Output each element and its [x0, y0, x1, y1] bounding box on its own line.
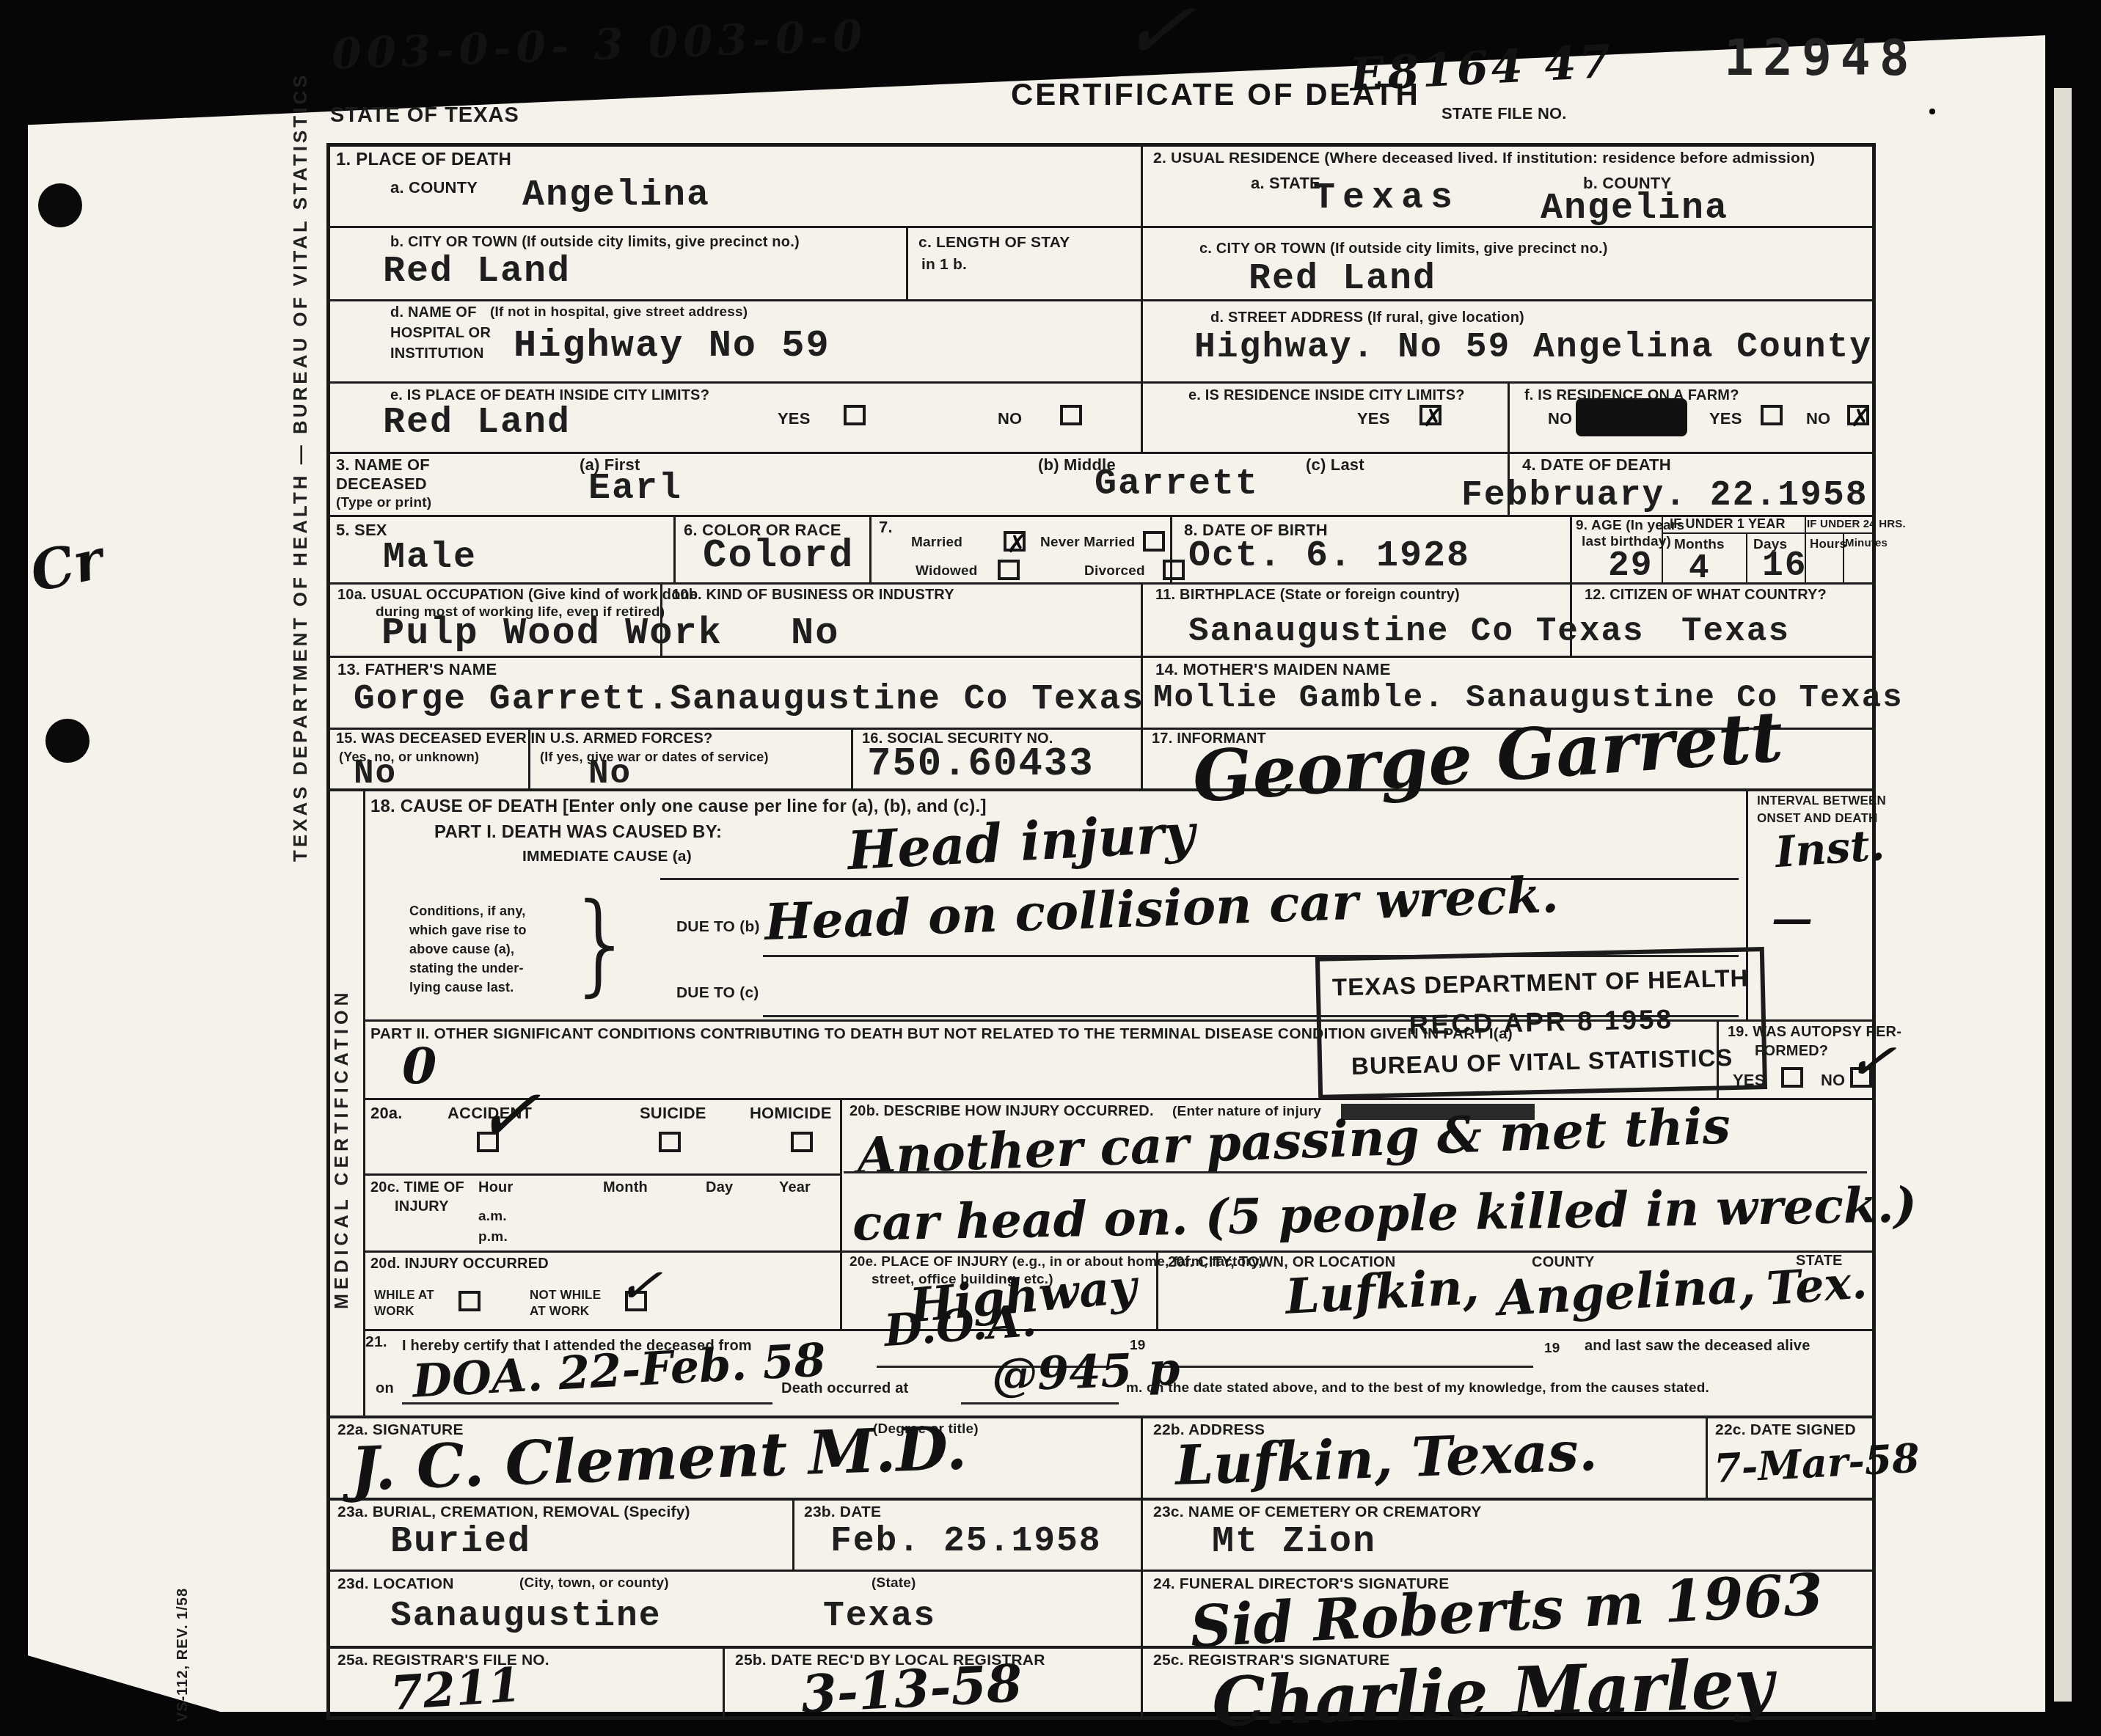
street-address-value: Highway. No 59 Angelina County — [1194, 330, 1872, 365]
birthplace-value: Sanaugustine Co Texas — [1188, 615, 1645, 648]
section1-title: 1. PLACE OF DEATH — [336, 150, 511, 170]
burial-label: 23a. BURIAL, CREMATION, REMOVAL (Specify… — [337, 1504, 690, 1522]
due-to-c-label: DUE TO (c) — [676, 984, 759, 1003]
accident-mark: ✓ — [472, 1074, 542, 1156]
residence-farm-label: f. IS RESIDENCE ON A FARM? — [1524, 387, 1739, 405]
burial-date-value: Feb. 25.1958 — [830, 1524, 1102, 1559]
city-of-death-label: b. CITY OR TOWN (If outside city limits,… — [390, 234, 800, 252]
certify-number: 21. — [365, 1333, 387, 1352]
divorced-label: Divorced — [1084, 563, 1145, 579]
while-at-work-label-a: WHILE AT — [374, 1288, 434, 1303]
pm-label: p.m. — [478, 1229, 508, 1245]
row-divider — [326, 299, 1876, 301]
hospital-label-c: INSTITUTION — [390, 345, 484, 363]
col-divider — [869, 515, 872, 582]
margin-scribble: Cr — [26, 532, 107, 601]
last-name-value: Garrett — [1095, 466, 1259, 503]
certify-text-3: m. on the date stated above, and to the … — [1126, 1380, 1709, 1396]
registrar-signature: Charlie Marley — [1211, 1649, 1775, 1736]
homicide-label: HOMICIDE — [750, 1104, 832, 1123]
row-divider — [326, 452, 1876, 454]
col-divider — [1141, 143, 1143, 452]
autopsy-no-mark: ✓ — [1844, 1030, 1899, 1093]
residence-limits-yes-checkbox: ✗ — [1419, 405, 1442, 425]
conditions-note-4: stating the under- — [409, 961, 524, 976]
date-signed-label: 22c. DATE SIGNED — [1715, 1421, 1856, 1440]
injury-underline — [844, 1171, 1867, 1173]
hospital-label-b: HOSPITAL OR — [390, 325, 491, 343]
name-title-b: DECEASED — [336, 475, 427, 494]
certify-blank-2 — [1163, 1366, 1533, 1368]
residence-farm-no-label: NO — [1806, 409, 1830, 428]
noise-speck — [1929, 109, 1935, 114]
residence-limits-yes-mark: ✗ — [1422, 408, 1439, 428]
margin-form-code: VS-112, REV. 1/58 — [175, 1517, 191, 1722]
hospital-label-paren: (If not in hospital, give street address… — [490, 304, 748, 321]
while-at-work-label-b: WORK — [374, 1304, 414, 1319]
armed-forces-label: 15. WAS DECEASED EVER IN U.S. ARMED FORC… — [336, 730, 713, 748]
armed-forces-sublabel-b: (If yes, give war or dates of service) — [540, 750, 769, 765]
cause-of-death-label: 18. CAUSE OF DEATH [Enter only one cause… — [370, 796, 987, 817]
injury-county-value: Angelina, — [1497, 1261, 1757, 1322]
hours-label: Hours — [1810, 537, 1846, 552]
burial-date-label: 23b. DATE — [804, 1504, 881, 1522]
while-at-work-checkbox — [458, 1291, 481, 1311]
residence-limits-label: e. IS RESIDENCE INSIDE CITY LIMITS? — [1188, 387, 1465, 405]
industry-value: No — [791, 615, 839, 653]
not-at-work-label-a: NOT WHILE — [530, 1288, 601, 1303]
certify-on-label: on — [376, 1380, 394, 1398]
row-divider — [363, 1173, 840, 1176]
divorced-checkbox — [1163, 560, 1185, 580]
minutes-label: Minutes — [1845, 537, 1888, 550]
col-divider — [851, 728, 853, 788]
date-signed-value: 7-Mar-58 — [1713, 1438, 1921, 1489]
mother-name-value: Mollie Gamble. Sanaugustine Co Texas — [1153, 682, 1904, 714]
birthplace-label: 11. BIRTHPLACE (State or foreign country… — [1155, 587, 1460, 604]
never-married-checkbox — [1143, 531, 1165, 552]
row-divider — [326, 1498, 1876, 1501]
burial-location-city-value: Sanaugustine — [390, 1599, 662, 1634]
armed-forces-value-b: No — [588, 757, 632, 791]
col-divider — [723, 1646, 725, 1720]
col-divider — [906, 226, 908, 299]
length-of-stay-sublabel: in 1 b. — [921, 256, 967, 274]
suicide-label: SUICIDE — [640, 1104, 706, 1123]
residence-city-label: c. CITY OR TOWN (If outside city limits,… — [1199, 241, 1608, 258]
burial-location-city-label: (City, town, or county) — [519, 1575, 669, 1592]
citizen-value: Texas — [1681, 615, 1790, 648]
hospital-label-a: d. NAME OF — [390, 304, 477, 322]
day-label: Day — [706, 1179, 733, 1197]
sex-label: 5. SEX — [336, 521, 387, 540]
married-mark: ✗ — [1006, 534, 1023, 554]
race-value: Colord — [703, 537, 854, 576]
first-name-value: Earl — [588, 471, 682, 508]
certify-blank-3 — [402, 1402, 772, 1404]
noise-speck — [1062, 19, 1068, 26]
cemetery-value: Mt Zion — [1212, 1524, 1376, 1561]
certify-blank-4 — [961, 1402, 1119, 1404]
conditions-brace: } — [566, 889, 636, 999]
conditions-note-3: above cause (a), — [409, 942, 514, 957]
residence-state-label: a. STATE — [1251, 174, 1320, 193]
injury-state-value: Tex. — [1765, 1259, 1868, 1311]
hole-punch-middle — [45, 719, 89, 763]
days-value: 16 — [1762, 549, 1808, 584]
burial-location-state-value: Texas — [823, 1599, 936, 1634]
interval-b-value: — — [1772, 898, 1813, 940]
death-limits-no-label: NO — [998, 409, 1022, 428]
row-divider — [363, 1329, 1876, 1331]
manner-label: 20a. — [370, 1104, 403, 1123]
conditions-note-1: Conditions, if any, — [409, 904, 525, 919]
am-label: a.m. — [478, 1209, 507, 1225]
occupation-value: Pulp Wood Work — [381, 615, 723, 653]
hour-label: Hour — [478, 1179, 513, 1197]
registrar-date-value: 3-13-58 — [800, 1658, 1023, 1721]
residence-state-value: Texas — [1313, 180, 1460, 217]
conditions-note-2: which gave rise to — [409, 923, 527, 938]
burial-location-label: 23d. LOCATION — [337, 1575, 454, 1594]
row-divider — [326, 1415, 1876, 1418]
death-limits-no-checkbox — [1060, 405, 1082, 425]
part1-label: PART I. DEATH WAS CAUSED BY: — [434, 822, 722, 843]
last-name-label: (c) Last — [1306, 455, 1364, 475]
sex-value: Male — [383, 540, 477, 576]
age-value: 29 — [1608, 549, 1654, 584]
autopsy-yes-checkbox — [1781, 1067, 1803, 1088]
residence-county-value: Angelina — [1541, 191, 1728, 227]
residence-farm-yes-checkbox — [1761, 405, 1783, 425]
father-name-value: Gorge Garrett.Sanaugustine Co Texas — [354, 682, 1144, 717]
section2-title: 2. USUAL RESIDENCE (Where deceased lived… — [1153, 150, 1815, 168]
immediate-cause-label: IMMEDIATE CAUSE (a) — [522, 848, 692, 866]
physician-address: Lufkin, Texas. — [1174, 1424, 1598, 1493]
death-limits-yes-label: YES — [778, 409, 811, 428]
certify-year-2: 19 — [1544, 1341, 1560, 1357]
hole-punch-top — [38, 183, 82, 227]
col-divider — [840, 1098, 842, 1329]
hospital-value: Highway No 59 — [514, 327, 830, 365]
father-name-label: 13. FATHER'S NAME — [337, 660, 497, 679]
handwritten-checkmark: ✓ — [1117, 0, 1199, 78]
death-occurred-label: Death occurred at — [781, 1380, 908, 1398]
row-divider — [326, 381, 1876, 384]
death-city-limits-value: Red Land — [383, 405, 571, 442]
stamped-certificate-number: 12948 — [1724, 34, 1918, 84]
widowed-label: Widowed — [916, 563, 978, 579]
col-divider — [673, 515, 676, 582]
citizen-label: 12. CITIZEN OF WHAT COUNTRY? — [1585, 587, 1827, 604]
margin-department-text: TEXAS DEPARTMENT OF HEALTH — BUREAU OF V… — [289, 315, 312, 862]
armed-forces-value-a: No — [354, 757, 397, 791]
burial-location-state-label: (State) — [872, 1575, 916, 1592]
state-file-no-label: STATE FILE NO. — [1442, 104, 1567, 123]
residence-farm-no-checkbox: ✗ — [1847, 405, 1869, 425]
time-of-injury-label-a: 20c. TIME OF — [370, 1179, 464, 1197]
interval-a-value: Inst. — [1774, 824, 1886, 874]
not-at-work-label-b: AT WORK — [530, 1304, 589, 1319]
date-of-death-label: 4. DATE OF DEATH — [1522, 455, 1671, 475]
handwritten-file-number: E8164 47 — [1349, 39, 1615, 98]
name-title-c: (Type or print) — [336, 495, 431, 511]
autopsy-no-label: NO — [1821, 1071, 1845, 1090]
death-limits-yes-checkbox — [844, 405, 866, 425]
suicide-checkbox — [659, 1132, 681, 1152]
received-stamp: TEXAS DEPARTMENT OF HEALTH RECD APR 8 19… — [1315, 947, 1767, 1099]
ssn-value: 750.60433 — [867, 745, 1095, 785]
year-label: Year — [779, 1179, 811, 1197]
state-of-texas-label: STATE OF TEXAS — [330, 103, 519, 128]
never-married-label: Never Married — [1040, 535, 1135, 551]
col-divider — [792, 1498, 794, 1570]
city-of-death-value: Red Land — [383, 254, 571, 290]
not-at-work-mark: ✓ — [615, 1256, 665, 1314]
burial-value: Buried — [390, 1524, 531, 1561]
under-1-year-label: IF UNDER 1 YEAR — [1670, 516, 1786, 532]
marital-label: 7. — [879, 518, 893, 537]
residence-farm-no-mark: ✗ — [1850, 408, 1866, 428]
film-edge-sliver — [2054, 88, 2072, 1702]
length-of-stay-label: c. LENGTH OF STAY — [918, 234, 1070, 252]
months-value: 4 — [1689, 552, 1711, 585]
film-left-band — [0, 0, 28, 1736]
certify-text-2: and last saw the deceased alive — [1585, 1338, 1810, 1355]
industry-label: 10b. KIND OF BUSINESS OR INDUSTRY — [672, 587, 954, 604]
injury-occurred-label: 20d. INJURY OCCURRED — [370, 1256, 549, 1273]
street-address-label: d. STREET ADDRESS (If rural, give locati… — [1210, 310, 1524, 327]
residence-limits-no-label: NO — [1548, 409, 1572, 428]
residence-farm-yes-label: YES — [1709, 409, 1742, 428]
name-title-a: 3. NAME OF — [336, 455, 430, 475]
married-label: Married — [911, 535, 962, 551]
residence-limits-yes-label: YES — [1357, 409, 1390, 428]
widowed-checkbox — [998, 560, 1020, 580]
dob-value: Oct. 6. 1928 — [1188, 538, 1470, 575]
occupation-label-a: 10a. USUAL OCCUPATION (Give kind of work… — [337, 587, 698, 604]
conditions-note-5: lying cause last. — [409, 980, 514, 995]
mother-name-label: 14. MOTHER'S MAIDEN NAME — [1155, 660, 1391, 679]
residence-city-value: Red Land — [1249, 261, 1436, 298]
cemetery-label: 23c. NAME OF CEMETERY OR CREMATORY — [1153, 1504, 1481, 1522]
month-label: Month — [603, 1179, 648, 1197]
injury-city-value: Lufkin, — [1284, 1262, 1480, 1321]
under-24-hrs-label: IF UNDER 24 HRS. — [1807, 518, 1906, 531]
county-of-death-value: Angelina — [522, 177, 710, 214]
age-label-a: 9. AGE (In years — [1576, 518, 1684, 534]
county-of-death-label: a. COUNTY — [390, 178, 478, 197]
row-divider — [326, 656, 1876, 658]
married-checkbox: ✗ — [1004, 531, 1026, 552]
due-to-b-label: DUE TO (b) — [676, 918, 760, 937]
date-of-death-value: Febbruary. 22.1958 — [1461, 478, 1868, 513]
row-divider — [363, 1250, 1876, 1253]
part2-value: 0 — [402, 1041, 436, 1091]
col-divider — [363, 788, 365, 1415]
death-certificate-scan: Cr TEXAS DEPARTMENT OF HEALTH — BUREAU O… — [0, 0, 2101, 1736]
col-divider — [1746, 532, 1747, 582]
homicide-checkbox — [791, 1132, 813, 1152]
row-divider — [326, 788, 1876, 791]
time-of-injury-label-b: INJURY — [395, 1198, 449, 1216]
interval-label-a: INTERVAL BETWEEN — [1757, 794, 1886, 808]
col-divider — [1141, 1415, 1143, 1720]
col-divider — [1706, 1415, 1708, 1498]
registrar-file-value: 7211 — [389, 1662, 522, 1718]
